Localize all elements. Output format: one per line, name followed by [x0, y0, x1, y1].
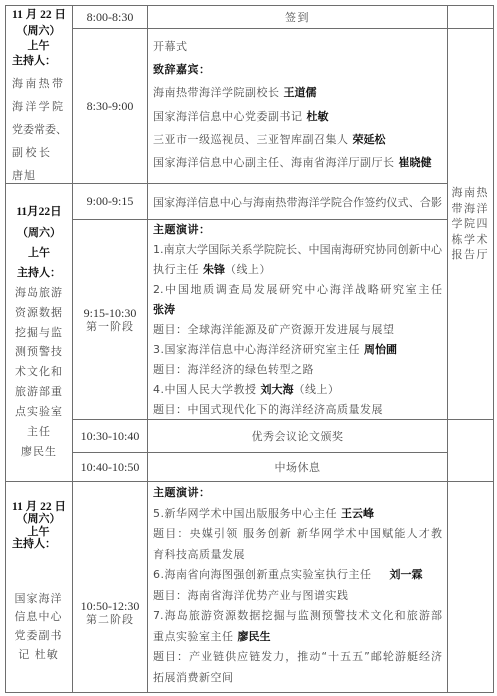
host-line: 海洋学院: [12, 95, 63, 118]
time-range: 9:00-9:15: [87, 195, 134, 208]
event-title: 开幕式: [153, 35, 442, 58]
talk-speaker-line: 张涛: [153, 300, 442, 320]
signing-ceremony-cell: 国家海洋信息中心与海南热带海洋学院合作签约仪式、合影: [147, 183, 448, 220]
talk-topic: 育科技高质量发展: [153, 545, 442, 566]
guests-label: 致辞嘉宾：: [153, 58, 442, 81]
guest-item: 三亚市一级巡视员、三亚智库副召集人荣延松: [153, 128, 442, 151]
time-range: 9:15-10:30: [84, 307, 137, 320]
venue-name: 海南热带海洋学院四栋学术报告厅: [452, 185, 490, 263]
talk-speaker-line: 执行主任朱锋（线上）: [153, 260, 442, 280]
agenda-item: 中场休息: [275, 459, 321, 475]
talk-affiliation: 重点实验室主任: [153, 630, 234, 643]
session-weekday: （周六）: [12, 513, 65, 526]
time-cell: 8:00-8:30: [72, 5, 148, 29]
talk-speaker: 朱锋: [203, 263, 225, 276]
host-line: 党委副书: [12, 627, 65, 646]
session-period: 上午: [28, 243, 50, 263]
host-line: 记 杜敏: [12, 646, 65, 665]
talk-topic: 题目：海南省海洋优势产业与图谱实践: [153, 586, 442, 607]
time-cell: 10:40-10:50: [72, 452, 148, 482]
time-cell: 10:30-10:40: [72, 419, 148, 453]
host-line: 党委常委、: [12, 118, 65, 141]
agenda-item: 国家海洋信息中心与海南热带海洋学院合作签约仪式、合影: [153, 194, 442, 210]
host-line: 测预警技: [15, 342, 63, 362]
venue-cell-empty: [447, 481, 494, 693]
host-line: 术文化和: [15, 362, 63, 382]
talk-note: （线上）: [294, 383, 340, 396]
talk-topic: 题目：全球海洋能源及矿产资源开发进展与展望: [153, 320, 442, 340]
talk-affiliation: 7.海岛旅游资源数据挖掘与监测预警技术文化和旅游部: [153, 606, 442, 627]
talk-affiliation: 2.中国地质调查局发展研究中心海洋战略研究室主任: [153, 280, 442, 300]
session-period: 上午: [12, 38, 65, 53]
host-name: 廖民生: [21, 442, 57, 462]
host-line: 海岛旅游: [15, 283, 63, 303]
talk-speaker: 周怡圃: [364, 343, 397, 356]
time-cell: 10:50-12:30 第二阶段: [72, 481, 148, 693]
talk-speaker: 刘大海: [261, 383, 294, 396]
talk-speaker-line: 4.中国人民大学教授刘大海（线上）: [153, 380, 442, 400]
award-cell: 优秀会议论文颁奖: [147, 419, 448, 453]
talk-affiliation: 1.南京大学国际关系学院院长、中国南海研究协同创新中心: [153, 240, 442, 260]
talk-affiliation: 5.新华网学术中国出版服务中心主任: [153, 507, 337, 520]
host-line: 副校长: [12, 141, 65, 164]
guest-item: 国家海洋信息中心党委副书记杜敏: [153, 105, 442, 128]
time-range: 10:30-10:40: [81, 430, 140, 443]
break-cell: 中场休息: [147, 452, 448, 482]
talk-affiliation: 4.中国人民大学教授: [153, 383, 257, 396]
agenda-item: 签到: [285, 9, 310, 25]
time-range: 8:30-9:00: [87, 100, 134, 113]
time-cell: 9:00-9:15: [72, 183, 148, 220]
host-line: 国家海洋: [12, 590, 65, 609]
session-date: 11月22日: [16, 203, 61, 223]
guest-name: 王道儒: [284, 86, 317, 99]
talk-topic: 题目：中国式现代化下的海洋经济高质量发展: [153, 400, 442, 420]
talk-affiliation: 6.海南省向海图强创新重点实验室执行主任: [153, 568, 372, 581]
time-cell: 9:15-10:30 第一阶段: [72, 219, 148, 420]
talk-speaker: 张涛: [153, 303, 175, 316]
stage-label: 第一阶段: [86, 320, 134, 333]
checkin-cell: 签到: [147, 5, 448, 29]
host-line: 海南热带: [12, 72, 63, 95]
agenda-item: 优秀会议论文颁奖: [252, 428, 344, 444]
talk-topic: 拓展消费新空间: [153, 668, 442, 689]
session-2-host-cell: 11月22日 （周六） 上午 主持人： 海岛旅游 资源数据 挖掘与监 测预警技 …: [5, 183, 73, 482]
guest-item: 国家海洋信息中心副主任、海南省海洋厅副厅长崔晓健: [153, 151, 442, 174]
guest-name: 崔晓健: [399, 156, 432, 169]
guest-role: 国家海洋信息中心副主任、海南省海洋厅副厅长: [153, 156, 395, 169]
stage-label: 第二阶段: [86, 613, 134, 626]
time-range: 8:00-8:30: [87, 11, 134, 24]
keynote-label: 主题演讲：: [153, 220, 442, 240]
guest-role: 国家海洋信息中心党委副书记: [153, 110, 303, 123]
guest-item: 海南热带海洋学院副校长王道儒: [153, 81, 442, 104]
guest-name: 杜敏: [307, 110, 329, 123]
host-label: 主持人：: [12, 53, 65, 68]
talk-note: （线上）: [225, 263, 271, 276]
venue-cell-empty: [447, 5, 494, 29]
host-label: 主持人：: [17, 263, 61, 283]
keynote-stage-2-cell: 主题演讲： 5.新华网学术中国出版服务中心主任王云峰 题目：央媒引领 服务创新 …: [147, 481, 448, 693]
host-line: 点实验室: [15, 402, 63, 422]
time-range: 10:40-10:50: [81, 461, 140, 474]
venue-cell-empty: [447, 419, 494, 482]
talk-topic: 题目：海洋经济的绿色转型之路: [153, 360, 442, 380]
session-3-host-cell: 11 月 22 日 （周六） 上午 主持人： 国家海洋 信息中心 党委副书 记 …: [5, 481, 73, 693]
talk-speaker-line: 3.国家海洋信息中心海洋经济研究室主任周怡圃: [153, 340, 442, 360]
host-line: 主任: [27, 422, 51, 442]
keynote-stage-1-cell: 主题演讲： 1.南京大学国际关系学院院长、中国南海研究协同创新中心 执行主任朱锋…: [147, 219, 448, 420]
talk-affiliation: 执行主任: [153, 263, 199, 276]
host-line: 挖掘与监: [15, 323, 63, 343]
time-range: 10:50-12:30: [81, 600, 140, 613]
host-line: 资源数据: [15, 303, 63, 323]
guest-role: 三亚市一级巡视员、三亚智库副召集人: [153, 133, 349, 146]
talk-speaker-line: 5.新华网学术中国出版服务中心主任王云峰: [153, 504, 442, 525]
host-line: 旅游部重: [15, 382, 63, 402]
talk-speaker-line: 6.海南省向海图强创新重点实验室执行主任刘一霖: [153, 565, 442, 586]
venue-cell: 海南热带海洋学院四栋学术报告厅: [447, 28, 494, 420]
session-weekday: （周六）: [17, 223, 61, 243]
guest-name: 荣延松: [353, 133, 386, 146]
session-weekday: （周六）: [12, 23, 65, 38]
time-cell: 8:30-9:00: [72, 28, 148, 184]
opening-ceremony-cell: 开幕式 致辞嘉宾： 海南热带海洋学院副校长王道儒 国家海洋信息中心党委副书记杜敏…: [147, 28, 448, 184]
host-line: 信息中心: [12, 608, 65, 627]
session-1-host-cell: 11 月 22 日 （周六） 上午 主持人： 海南热带 海洋学院 党委常委、 副…: [5, 5, 73, 184]
host-label: 主持人：: [12, 538, 65, 551]
session-date: 11 月 22 日: [12, 8, 65, 23]
talk-topic: 题目：产业链供应链发力，推动“十五五”邮轮游艇经济: [153, 647, 442, 668]
talk-speaker: 廖民生: [238, 630, 271, 643]
talk-topic: 题目：央媒引领 服务创新 新华网学术中国赋能人才教: [153, 524, 442, 545]
keynote-label: 主题演讲：: [153, 483, 442, 504]
talk-speaker-line: 重点实验室主任廖民生: [153, 627, 442, 648]
talk-speaker: 王云峰: [341, 507, 374, 520]
talk-speaker: 刘一霖: [390, 568, 423, 581]
talk-affiliation: 3.国家海洋信息中心海洋经济研究室主任: [153, 343, 360, 356]
guest-role: 海南热带海洋学院副校长: [153, 86, 280, 99]
